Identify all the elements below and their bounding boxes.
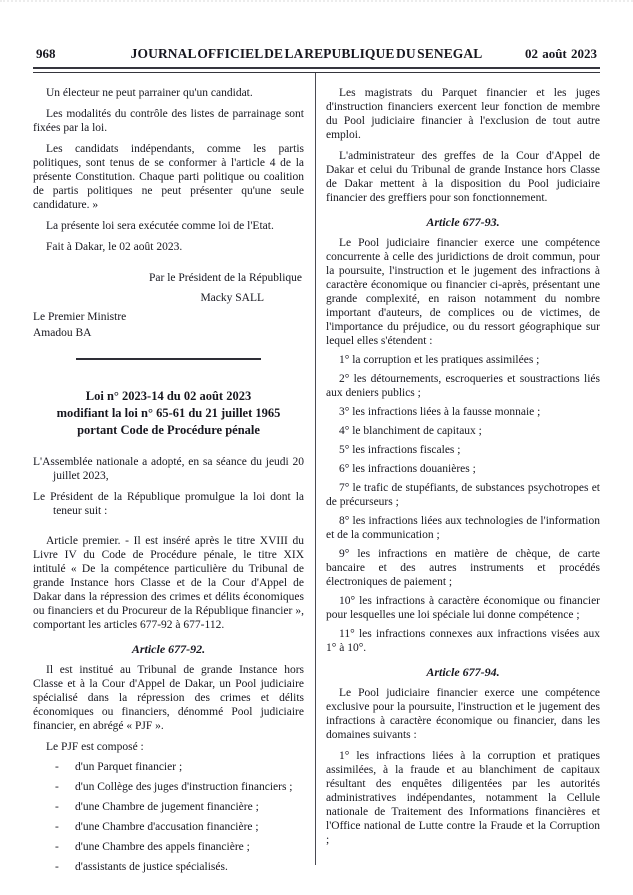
infraction-item: 3° les infractions liées à la fausse mon…	[326, 405, 600, 419]
journal-title: JOURNAL OFFICIEL DE LA REPUBLIQUE DU SEN…	[108, 46, 505, 62]
list-item: -d'une Chambre d'accusation financière ;	[55, 820, 304, 834]
infraction-item: 4° le blanchiment de capitaux ;	[326, 424, 600, 438]
infraction-item: 5° les infractions fiscales ;	[326, 443, 600, 457]
paragraph-assemblee-adoption: L'Assemblée nationale a adopté, en sa sé…	[33, 455, 304, 483]
section-separator-rule	[76, 358, 261, 360]
paragraph-infractions-corruption-fraude: 1° les infractions liées à la corruption…	[326, 749, 600, 847]
infraction-item: 1° la corruption et les pratiques assimi…	[326, 353, 600, 367]
article-677-93-heading: Article 677-93.	[326, 215, 600, 229]
paragraph-competence-concurrente: Le Pool judiciaire financier exerce une …	[326, 236, 600, 348]
dash-bullet: -	[55, 800, 75, 814]
journal-officiel-page: 968 JOURNAL OFFICIEL DE LA REPUBLIQUE DU…	[0, 0, 633, 895]
law-title-line-1: Loi n° 2023-14 du 02 août 2023	[86, 389, 251, 403]
left-column: Un électeur ne peut parrainer qu'un cand…	[33, 73, 315, 865]
paragraph-execution-law: La présente loi sera exécutée comme loi …	[33, 219, 304, 233]
signature-by-line: Par le Président de la République	[33, 271, 304, 285]
infraction-item: 9° les infractions en matière de chèque,…	[326, 547, 600, 589]
list-item-text: d'une Chambre de jugement financière ;	[75, 800, 259, 814]
paragraph-fait-a-dakar: Fait à Dakar, le 02 août 2023.	[33, 240, 304, 254]
list-item: -d'une Chambre des appels financière ;	[55, 840, 304, 854]
list-item-text: d'assistants de justice spécialisés.	[75, 860, 228, 874]
dash-bullet: -	[55, 820, 75, 834]
list-item-text: d'une Chambre des appels financière ;	[75, 840, 250, 854]
paragraph-pjf-institution: Il est institué au Tribunal de grande In…	[33, 663, 304, 733]
dash-bullet: -	[55, 840, 75, 854]
paragraph-article-premier: Article premier. - Il est inséré après l…	[33, 534, 304, 632]
article-677-92-heading: Article 677-92.	[33, 642, 304, 656]
list-item: -d'assistants de justice spécialisés.	[55, 860, 304, 874]
page-number: 968	[36, 46, 108, 62]
list-item-text: d'un Collège des juges d'instruction fin…	[75, 780, 293, 794]
prime-minister-label: Le Premier Ministre	[33, 310, 304, 324]
right-column: Les magistrats du Parquet financier et l…	[315, 73, 600, 865]
dash-bullet: -	[55, 780, 75, 794]
list-item: -d'une Chambre de jugement financière ;	[55, 800, 304, 814]
issue-date: 02 août 2023	[505, 46, 597, 62]
infraction-item: 6° les infractions douanières ;	[326, 462, 600, 476]
page-header: 968 JOURNAL OFFICIEL DE LA REPUBLIQUE DU…	[36, 2, 597, 62]
infraction-item: 2° les détournements, escroqueries et so…	[326, 372, 600, 400]
list-item-text: d'un Parquet financier ;	[75, 760, 182, 774]
infraction-item: 10° les infractions à caractère économiq…	[326, 594, 600, 622]
infraction-item: 8° les infractions liées aux technologie…	[326, 514, 600, 542]
paragraph-elector: Un électeur ne peut parrainer qu'un cand…	[33, 86, 304, 100]
list-item: -d'un Parquet financier ;	[55, 760, 304, 774]
law-title: Loi n° 2023-14 du 02 août 2023 modifiant…	[33, 388, 304, 439]
page-body: Un électeur ne peut parrainer qu'un cand…	[33, 73, 600, 865]
article-677-94-heading: Article 677-94.	[326, 665, 600, 679]
infraction-item: 7° le trafic de stupéfiants, de substanc…	[326, 481, 600, 509]
list-item: -d'un Collège des juges d'instruction fi…	[55, 780, 304, 794]
infractions-list-677-93: 1° la corruption et les pratiques assimi…	[326, 353, 600, 655]
paragraph-pjf-composition-intro: Le PJF est composé :	[33, 740, 304, 754]
law-title-line-3: portant Code de Procédure pénale	[77, 423, 260, 437]
list-item-text: d'une Chambre d'accusation financière ;	[75, 820, 259, 834]
paragraph-magistrats-parquet: Les magistrats du Parquet financier et l…	[326, 86, 600, 142]
paragraph-independent-candidates: Les candidats indépendants, comme les pa…	[33, 142, 304, 212]
paragraph-president-promulgation: Le Président de la République promulgue …	[33, 490, 304, 518]
paragraph-administrateur-greffes: L'administrateur des greffes de la Cour …	[326, 149, 600, 205]
prime-minister-name: Amadou BA	[33, 326, 304, 340]
infraction-item: 11° les infractions connexes aux infract…	[326, 627, 600, 655]
law-title-line-2: modifiant la loi n° 65-61 du 21 juillet …	[57, 406, 281, 420]
dash-bullet: -	[55, 760, 75, 774]
paragraph-control-lists: Les modalités du contrôle des listes de …	[33, 107, 304, 135]
dash-bullet: -	[55, 860, 75, 874]
paragraph-competence-exclusive: Le Pool judiciaire financier exerce une …	[326, 686, 600, 742]
pjf-composition-list: -d'un Parquet financier ; -d'un Collège …	[33, 760, 304, 874]
president-name: Macky SALL	[33, 291, 304, 305]
